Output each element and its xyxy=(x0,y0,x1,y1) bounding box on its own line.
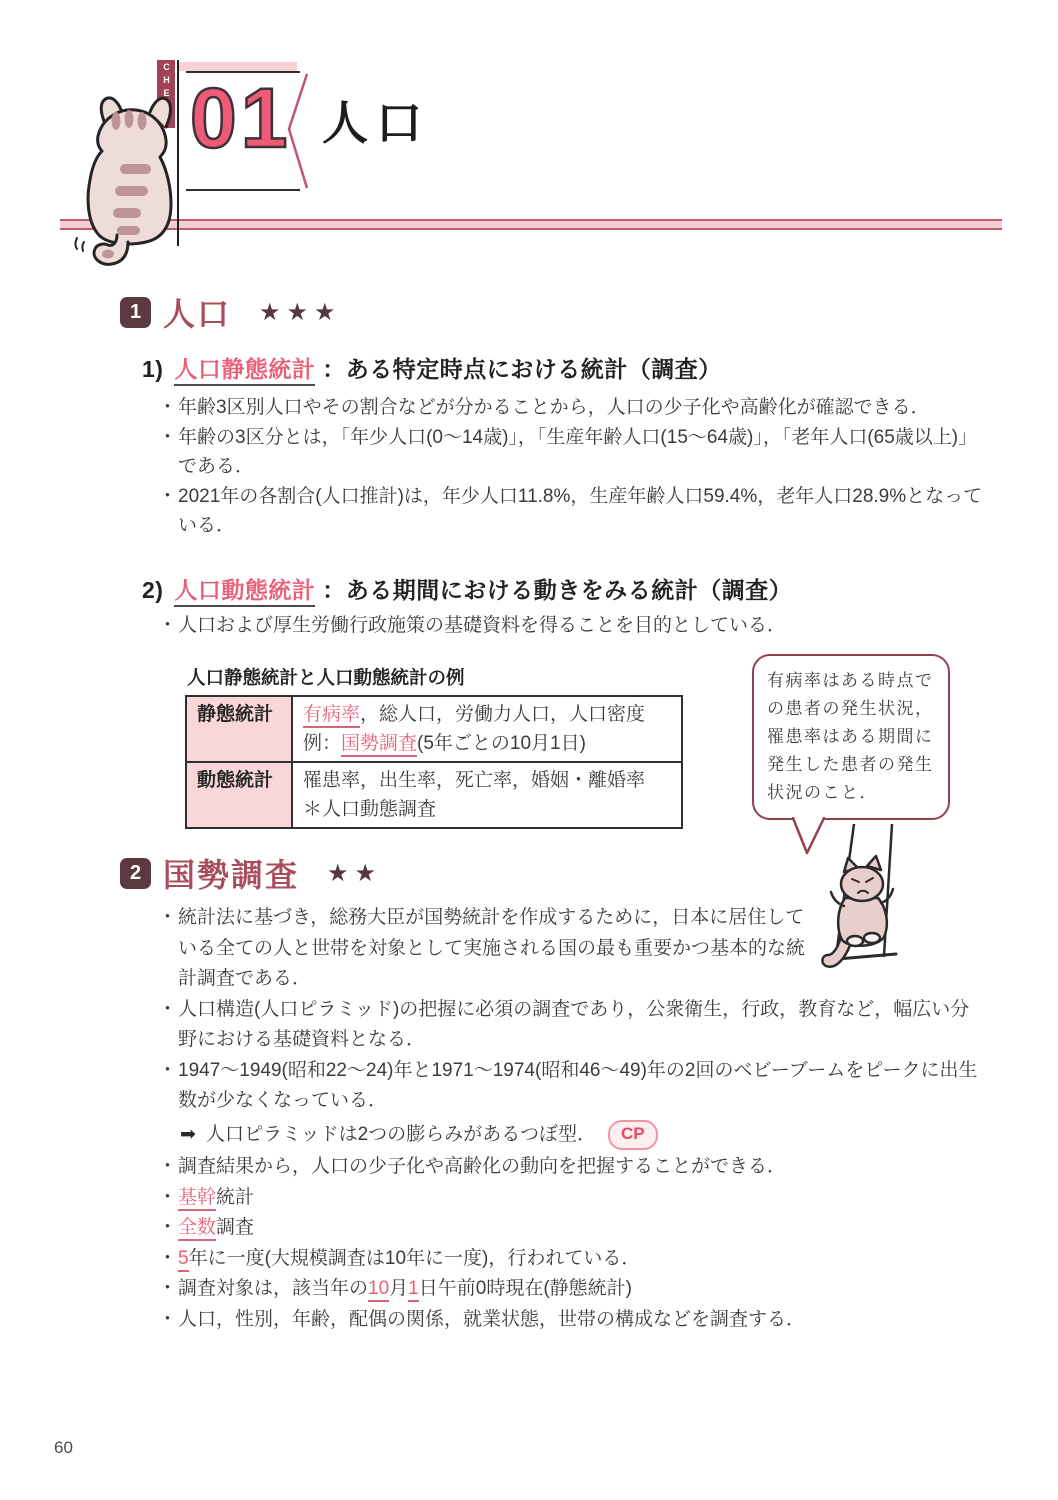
list-item-text: 年に一度(大規模調査は10年に一度)，行われている． xyxy=(189,1248,641,1269)
note-arrow-line: ➡ 人口ピラミッドは2つの膨らみがあるつぼ型．CP xyxy=(158,1120,988,1151)
list-item: ・ 人口，性別，年齢，配偶の関係，就業状態，世帯の構成などを調査する． xyxy=(158,1305,988,1336)
bullet-marker: ・ xyxy=(158,1213,177,1244)
speech-bubble: 有病率はある時点での患者の発生状況，罹患率はある期間に発生した患者の発生状況のこ… xyxy=(752,654,950,820)
bullet-marker: ・ xyxy=(158,393,177,423)
table-row-header: 動態統計 xyxy=(186,762,292,828)
header-bottom-line xyxy=(186,189,300,191)
subsection-2-definition: ：ある期間における動きをみる統計（調査） xyxy=(322,577,792,603)
bullet-marker: ・ xyxy=(158,1305,177,1336)
table-cell-text: ＊人口動態調査 xyxy=(303,799,436,820)
bullet-marker: ・ xyxy=(158,1274,177,1305)
bullet-marker: ・ xyxy=(158,482,177,512)
table-cell: 罹患率，出生率，死亡率，婚姻・離婚率 ＊人口動態調査 xyxy=(292,762,682,828)
note-text: 人口ピラミッドは2つの膨らみがあるつぼ型． xyxy=(206,1124,596,1145)
list-item-text: 人口および厚生労働行政施策の基礎資料を得ることを目的としている． xyxy=(178,615,786,636)
section-2-number-badge: 2 xyxy=(120,858,151,889)
table-cell: 有病率，総人口，労働力人口，人口密度 例：国勢調査(5年ごとの10月1日) xyxy=(292,696,682,762)
keyword-highlight: 有病率 xyxy=(303,704,360,728)
list-item: ・ 統計法に基づき，総務大臣が国勢統計を作成するために，日本に居住している全ての… xyxy=(158,903,806,995)
keyword-highlight: 国勢調査 xyxy=(341,733,417,757)
subsection-1-bullet-list: ・ 年齢3区別人口やその割合などが分かることから，人口の少子化や高齢化が確認でき… xyxy=(158,393,988,541)
list-item: ・ 調査結果から，人口の少子化や高齢化の動向を把握することができる． xyxy=(158,1152,988,1183)
list-item: ・ 1947〜1949(昭和22〜24)年と1971〜1974(昭和46〜49)… xyxy=(158,1056,988,1117)
chapter-title: 人口 xyxy=(322,96,430,151)
list-item: ・ 2021年の各割合(人口推計)は，年少人口11.8%，生産年齢人口59.4%… xyxy=(158,482,988,541)
section-2-title: 国勢調査 xyxy=(163,850,299,896)
subsection-1-definition: ：ある特定時点における統計（調査） xyxy=(322,356,722,382)
table-cell-text: (5年ごとの10月1日) xyxy=(417,733,586,754)
bullet-marker: ・ xyxy=(158,1056,177,1087)
bullet-marker: ・ xyxy=(158,995,177,1026)
chapter-bracket-icon xyxy=(282,72,310,190)
bullet-marker: ・ xyxy=(158,1244,177,1275)
cat-back-illustration xyxy=(68,94,192,266)
list-item-text: 2021年の各割合(人口推計)は，年少人口11.8%，生産年齢人口59.4%，老… xyxy=(178,486,982,537)
list-item-text: 調査結果から，人口の少子化や高齢化の動向を把握することができる． xyxy=(178,1156,786,1177)
subsection-2-keyword: 人口動態統計 xyxy=(174,577,315,607)
section-1-number-badge: 1 xyxy=(120,297,151,328)
section-1-title: 人口 xyxy=(163,289,231,335)
subsection-2-heading: 2) 人口動態統計 ：ある期間における動きをみる統計（調査） xyxy=(142,572,792,605)
header-pink-bar xyxy=(179,62,297,71)
arrow-icon: ➡ xyxy=(180,1120,196,1151)
table-cell-text: ，総人口，労働力人口，人口密度 xyxy=(360,704,645,725)
table-row-header: 静態統計 xyxy=(186,696,292,762)
list-item-text: 統計法に基づき，総務大臣が国勢統計を作成するために，日本に居住している全ての人と… xyxy=(178,907,805,989)
list-item: ・ 基幹統計 xyxy=(158,1183,988,1214)
page-number: 60 xyxy=(54,1438,73,1458)
bullet-marker: ・ xyxy=(158,1152,177,1183)
speech-bubble-tail xyxy=(790,817,830,857)
speech-bubble-text: 有病率はある時点での患者の発生状況，罹患率はある期間に発生した患者の発生状況のこ… xyxy=(767,671,934,802)
chapter-number: 01 xyxy=(190,76,291,160)
bullet-marker: ・ xyxy=(158,903,177,934)
subsection-2-bullet-list: ・ 人口および厚生労働行政施策の基礎資料を得ることを目的としている． xyxy=(158,611,988,641)
list-item-text: 日午前0時現在(静態統計) xyxy=(419,1278,632,1299)
keyword-highlight: 基幹 xyxy=(178,1187,216,1211)
subsection-1-prefix: 1) xyxy=(142,356,163,382)
list-item: ・ 調査対象は，該当年の10月1日午前0時現在(静態統計) xyxy=(158,1274,988,1305)
subsection-1-heading: 1) 人口静態統計 ：ある特定時点における統計（調査） xyxy=(142,351,722,384)
list-item: ・ 全数調査 xyxy=(158,1213,988,1244)
subsection-2-prefix: 2) xyxy=(142,577,163,603)
bullet-marker: ・ xyxy=(158,423,177,453)
keyword-highlight: 10 xyxy=(368,1278,389,1302)
subsection-1-keyword: 人口静態統計 xyxy=(174,356,315,386)
list-item: ・ 5年に一度(大規模調査は10年に一度)，行われている． xyxy=(158,1244,988,1275)
section-2-importance-stars: ★★ xyxy=(327,859,382,888)
section-1-heading: 1 人口 ★★★ xyxy=(120,289,342,335)
section-1-importance-stars: ★★★ xyxy=(259,298,342,327)
list-item-text: 調査 xyxy=(216,1217,254,1238)
list-item: ・ 年齢の3区分とは，「年少人口(0〜14歳)」，「生産年齢人口(15〜64歳)… xyxy=(158,423,988,482)
table-title: 人口静態統計と人口動態統計の例 xyxy=(187,664,465,690)
keyword-highlight: 全数 xyxy=(178,1217,216,1241)
list-item: ・ 人口および厚生労働行政施策の基礎資料を得ることを目的としている． xyxy=(158,611,988,641)
keyword-highlight: 1 xyxy=(408,1278,419,1302)
list-item-text: 月 xyxy=(389,1278,408,1299)
table-cell-text: 例： xyxy=(303,733,341,754)
list-item-text: 年齢の3区分とは，「年少人口(0〜14歳)」，「生産年齢人口(15〜64歳)」，… xyxy=(178,427,977,478)
table-cell-text: 罹患率，出生率，死亡率，婚姻・離婚率 xyxy=(303,770,645,791)
list-item: ・ 年齢3区別人口やその割合などが分かることから，人口の少子化や高齢化が確認でき… xyxy=(158,393,988,423)
cp-badge: CP xyxy=(608,1120,658,1150)
textbook-page: CHECK 01 人口 1 人口 ★★★ 1) 人口静態統計 ：ある特定時点にお… xyxy=(0,0,1058,1500)
keyword-highlight: 5 xyxy=(178,1248,189,1272)
statistics-example-table: 静態統計 有病率，総人口，労働力人口，人口密度 例：国勢調査(5年ごとの10月1… xyxy=(185,695,683,829)
list-item-text: 調査対象は，該当年の xyxy=(178,1278,368,1299)
table-row: 静態統計 有病率，総人口，労働力人口，人口密度 例：国勢調査(5年ごとの10月1… xyxy=(186,696,682,762)
table-row: 動態統計 罹患率，出生率，死亡率，婚姻・離婚率 ＊人口動態調査 xyxy=(186,762,682,828)
list-item-text: 統計 xyxy=(216,1187,254,1208)
list-item-text: 1947〜1949(昭和22〜24)年と1971〜1974(昭和46〜49)年の… xyxy=(178,1060,977,1112)
bullet-marker: ・ xyxy=(158,1183,177,1214)
header-double-rule xyxy=(60,219,1002,230)
bullet-marker: ・ xyxy=(158,611,177,641)
list-item-text: 人口，性別，年齢，配偶の関係，就業状態，世帯の構成などを調査する． xyxy=(178,1309,805,1330)
section-2-heading: 2 国勢調査 ★★ xyxy=(120,850,382,896)
list-item-text: 年齢3区別人口やその割合などが分かることから，人口の少子化や高齢化が確認できる． xyxy=(178,397,930,418)
